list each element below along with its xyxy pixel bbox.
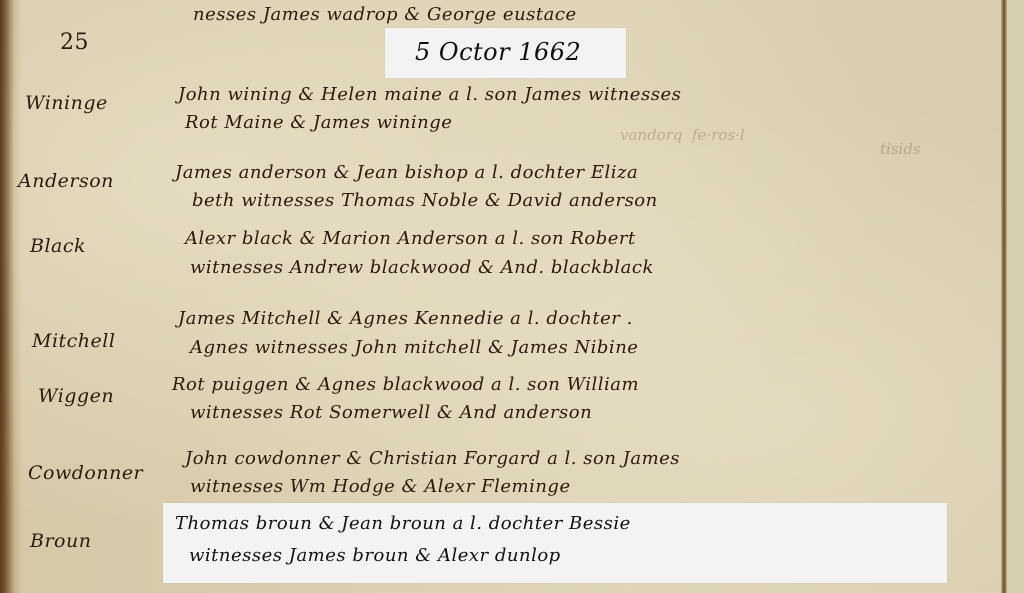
date-heading: 5 Octor 1662 xyxy=(415,38,581,66)
margin-surname: Wininge xyxy=(25,92,108,114)
entry-line: Rot Maine & James wininge xyxy=(185,112,452,133)
folio-number: 25 xyxy=(60,30,89,55)
entry-line: James Mitchell & Agnes Kennedie a l. doc… xyxy=(178,308,633,329)
entry-line: witnesses James broun & Alexr dunlop xyxy=(189,545,561,566)
margin-surname: Cowdonner xyxy=(28,462,143,484)
margin-surname: Wiggen xyxy=(38,385,114,407)
manuscript-page: vandorq fe·ros·l tisids nesses James wad… xyxy=(0,0,1024,593)
page-edge-strip xyxy=(1007,0,1024,593)
date-heading-highlight: 5 Octor 1662 xyxy=(385,28,626,78)
entry-line: witnesses Andrew blackwood & And. blackb… xyxy=(190,257,654,278)
bleed-through-text: tisids xyxy=(880,140,921,158)
entry-line: Alexr black & Marion Anderson a l. son R… xyxy=(185,228,636,249)
margin-surname: Black xyxy=(30,235,86,257)
entry-line: Rot puiggen & Agnes blackwood a l. son W… xyxy=(172,374,639,395)
binding-shadow xyxy=(0,0,14,593)
margin-surname: Mitchell xyxy=(32,330,115,352)
entry-line: witnesses Wm Hodge & Alexr Fleminge xyxy=(190,476,571,497)
entry-line: John wining & Helen maine a l. son James… xyxy=(178,84,681,105)
margin-surname: Broun xyxy=(30,530,91,552)
continuation-line: nesses James wadrop & George eustace xyxy=(193,4,577,25)
entry-line: John cowdonner & Christian Forgard a l. … xyxy=(185,448,680,469)
entry-line: Thomas broun & Jean broun a l. dochter B… xyxy=(175,513,631,534)
entry-line: James anderson & Jean bishop a l. dochte… xyxy=(175,162,638,183)
entry-line: witnesses Rot Somerwell & And anderson xyxy=(190,402,592,423)
highlighted-entry: Thomas broun & Jean broun a l. dochter B… xyxy=(163,503,947,583)
entry-line: beth witnesses Thomas Noble & David ande… xyxy=(192,190,658,211)
entry-line: Agnes witnesses John mitchell & James Ni… xyxy=(190,337,638,358)
bleed-through-text: vandorq fe·ros·l xyxy=(620,126,745,144)
margin-surname: Anderson xyxy=(18,170,114,192)
